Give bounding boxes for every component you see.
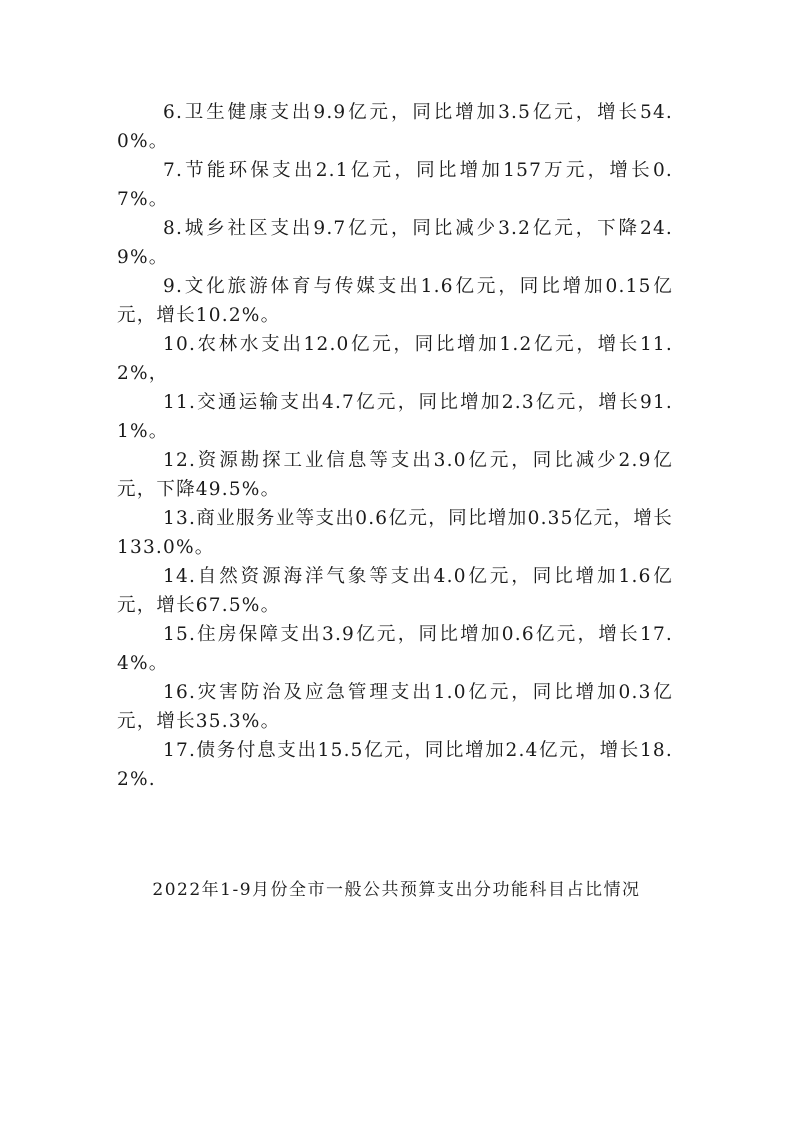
paragraph-culture-tourism-sports-media-expenditure: 9.文化旅游体育与传媒支出1.6亿元，同比增加0.15亿元，增长10.2%。 [117, 272, 673, 330]
figure-caption: 2022年1-9月份全市一般公共预算支出分功能科目占比情况 [0, 878, 793, 902]
document-body: 6.卫生健康支出9.9亿元，同比增加3.5亿元，增长54.0%。 7.节能环保支… [117, 98, 673, 794]
paragraph-commerce-services-expenditure: 13.商业服务业等支出0.6亿元，同比增加0.35亿元，增长133.0%。 [117, 504, 673, 562]
paragraph-resource-exploration-industry-expenditure: 12.资源勘探工业信息等支出3.0亿元，同比减少2.9亿元，下降49.5%。 [117, 446, 673, 504]
paragraph-housing-security-expenditure: 15.住房保障支出3.9亿元，同比增加0.6亿元，增长17.4%。 [117, 620, 673, 678]
paragraph-agriculture-forestry-water-expenditure: 10.农林水支出12.0亿元，同比增加1.2亿元，增长11.2%， [117, 330, 673, 388]
paragraph-disaster-prevention-emergency-expenditure: 16.灾害防治及应急管理支出1.0亿元，同比增加0.3亿元，增长35.3%。 [117, 678, 673, 736]
paragraph-debt-interest-expenditure: 17.债务付息支出15.5亿元，同比增加2.4亿元，增长18.2%. [117, 736, 673, 794]
paragraph-health-expenditure: 6.卫生健康支出9.9亿元，同比增加3.5亿元，增长54.0%。 [117, 98, 673, 156]
paragraph-urban-rural-community-expenditure: 8.城乡社区支出9.7亿元，同比减少3.2亿元，下降24.9%。 [117, 214, 673, 272]
paragraph-energy-environment-expenditure: 7.节能环保支出2.1亿元，同比增加157万元，增长0.7%。 [117, 156, 673, 214]
paragraph-natural-resources-ocean-weather-expenditure: 14.自然资源海洋气象等支出4.0亿元，同比增加1.6亿元，增长67.5%。 [117, 562, 673, 620]
paragraph-transportation-expenditure: 11.交通运输支出4.7亿元，同比增加2.3亿元，增长91.1%。 [117, 388, 673, 446]
